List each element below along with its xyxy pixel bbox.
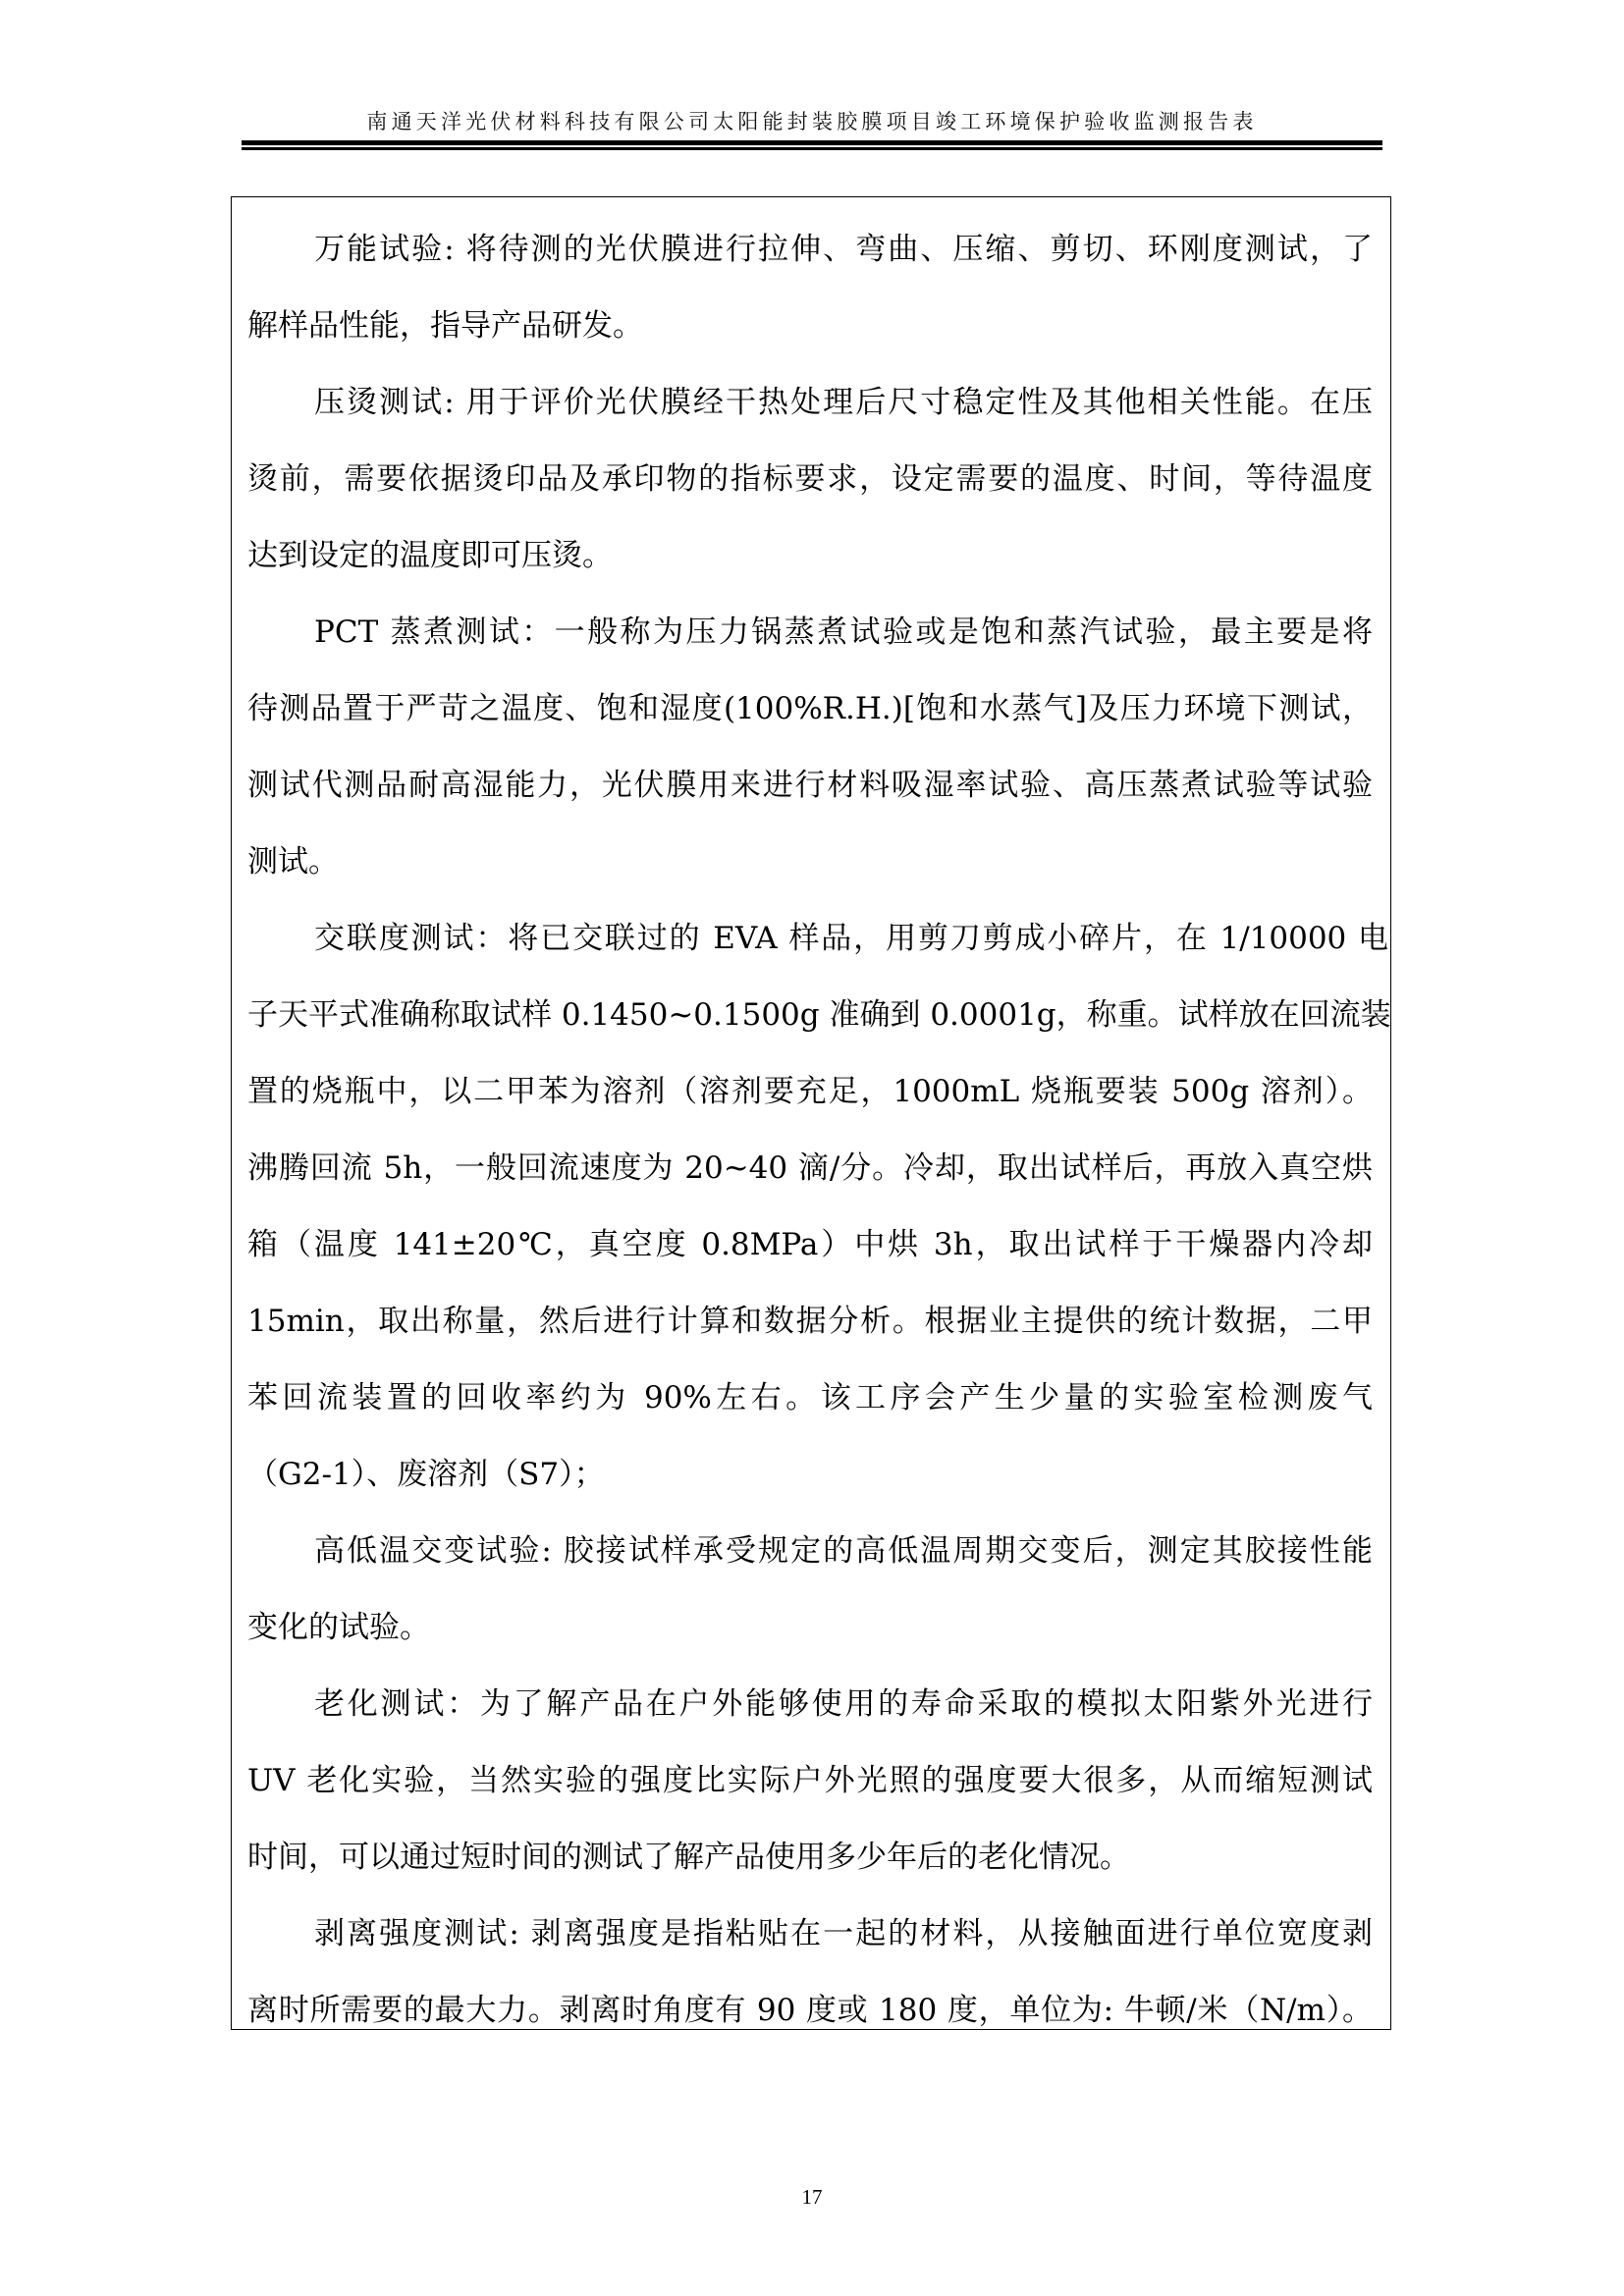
text-line: 15min，取出称量，然后进行计算和数据分析。根据业主提供的统计数据，二甲 bbox=[247, 1283, 1373, 1360]
text-line: 老化测试：为了解产品在户外能够使用的寿命采取的模拟太阳紫外光进行 bbox=[247, 1666, 1373, 1742]
text-line: 万能试验: 将待测的光伏膜进行拉伸、弯曲、压缩、剪切、环刚度测试，了 bbox=[247, 211, 1373, 288]
text-line: 置的烧瓶中，以二甲苯为溶剂（溶剂要充足，1000mL 烧瓶要装 500g 溶剂）… bbox=[247, 1053, 1373, 1130]
text-line: 达到设定的温度即可压烫。 bbox=[247, 517, 1373, 594]
text-line: 剥离强度测试: 剥离强度是指粘贴在一起的材料，从接触面进行单位宽度剥 bbox=[247, 1896, 1373, 1972]
text-line: UV 老化实验，当然实验的强度比实际户外光照的强度要大很多，从而缩短测试 bbox=[247, 1742, 1373, 1819]
text-line: 高低温交变试验: 胶接试样承受规定的高低温周期交变后，测定其胶接性能 bbox=[247, 1513, 1373, 1589]
page-number: 17 bbox=[0, 2183, 1624, 2211]
text-line: 烫前，需要依据烫印品及承印物的指标要求，设定需要的温度、时间，等待温度 bbox=[247, 441, 1373, 517]
content-table-cell: 万能试验: 将待测的光伏膜进行拉伸、弯曲、压缩、剪切、环刚度测试，了 解样品性能… bbox=[231, 196, 1391, 2030]
paragraph-aging-test: 老化测试：为了解产品在户外能够使用的寿命采取的模拟太阳紫外光进行 UV 老化实验… bbox=[247, 1666, 1373, 1896]
paragraph-hot-press-test: 压烫测试: 用于评价光伏膜经干热处理后尺寸稳定性及其他相关性能。在压 烫前，需要… bbox=[247, 364, 1373, 594]
text-line: 测试。 bbox=[247, 824, 1373, 900]
text-line: 苯回流装置的回收率约为 90%左右。该工序会产生少量的实验室检测废气 bbox=[247, 1360, 1373, 1436]
text-line: 压烫测试: 用于评价光伏膜经干热处理后尺寸稳定性及其他相关性能。在压 bbox=[247, 364, 1373, 441]
text-line: 时间，可以通过短时间的测试了解产品使用多少年后的老化情况。 bbox=[247, 1819, 1373, 1896]
text-line: 解样品性能，指导产品研发。 bbox=[247, 288, 1373, 364]
text-line: 待测品置于严苛之温度、饱和湿度(100%R.H.)[饱和水蒸气]及压力环境下测试… bbox=[247, 670, 1373, 747]
text-line: 沸腾回流 5h，一般回流速度为 20~40 滴/分。冷却，取出试样后，再放入真空… bbox=[247, 1130, 1373, 1206]
paragraph-peel-strength-test: 剥离强度测试: 剥离强度是指粘贴在一起的材料，从接触面进行单位宽度剥 离时所需要… bbox=[247, 1896, 1373, 2049]
content-body: 万能试验: 将待测的光伏膜进行拉伸、弯曲、压缩、剪切、环刚度测试，了 解样品性能… bbox=[247, 211, 1373, 2049]
text-line: 子天平式准确称取试样 0.1450~0.1500g 准确到 0.0001g，称重… bbox=[247, 977, 1373, 1053]
text-line: 离时所需要的最大力。剥离时角度有 90 度或 180 度，单位为: 牛顿/米（N… bbox=[247, 1972, 1373, 2049]
report-header-title: 南通天洋光伏材料科技有限公司太阳能封装胶膜项目竣工环境保护验收监测报告表 bbox=[242, 108, 1382, 135]
text-line: 测试代测品耐高湿能力，光伏膜用来进行材料吸湿率试验、高压蒸煮试验等试验 bbox=[247, 747, 1373, 824]
header-rule-thick bbox=[242, 140, 1382, 145]
text-line: PCT 蒸煮测试：一般称为压力锅蒸煮试验或是饱和蒸汽试验，最主要是将 bbox=[247, 594, 1373, 670]
text-line: 箱（温度 141±20℃，真空度 0.8MPa）中烘 3h，取出试样于干燥器内冷… bbox=[247, 1206, 1373, 1283]
text-line: 变化的试验。 bbox=[247, 1589, 1373, 1666]
text-line: （G2-1）、废溶剂（S7）； bbox=[247, 1436, 1373, 1513]
header-rule-thin bbox=[242, 147, 1382, 150]
paragraph-thermal-cycle-test: 高低温交变试验: 胶接试样承受规定的高低温周期交变后，测定其胶接性能 变化的试验… bbox=[247, 1513, 1373, 1666]
paragraph-pct-test: PCT 蒸煮测试：一般称为压力锅蒸煮试验或是饱和蒸汽试验，最主要是将 待测品置于… bbox=[247, 594, 1373, 900]
paragraph-crosslink-test: 交联度测试：将已交联过的 EVA 样品，用剪刀剪成小碎片，在 1/10000 电… bbox=[247, 900, 1373, 1513]
text-line: 交联度测试：将已交联过的 EVA 样品，用剪刀剪成小碎片，在 1/10000 电 bbox=[247, 900, 1388, 977]
paragraph-universal-test: 万能试验: 将待测的光伏膜进行拉伸、弯曲、压缩、剪切、环刚度测试，了 解样品性能… bbox=[247, 211, 1373, 364]
